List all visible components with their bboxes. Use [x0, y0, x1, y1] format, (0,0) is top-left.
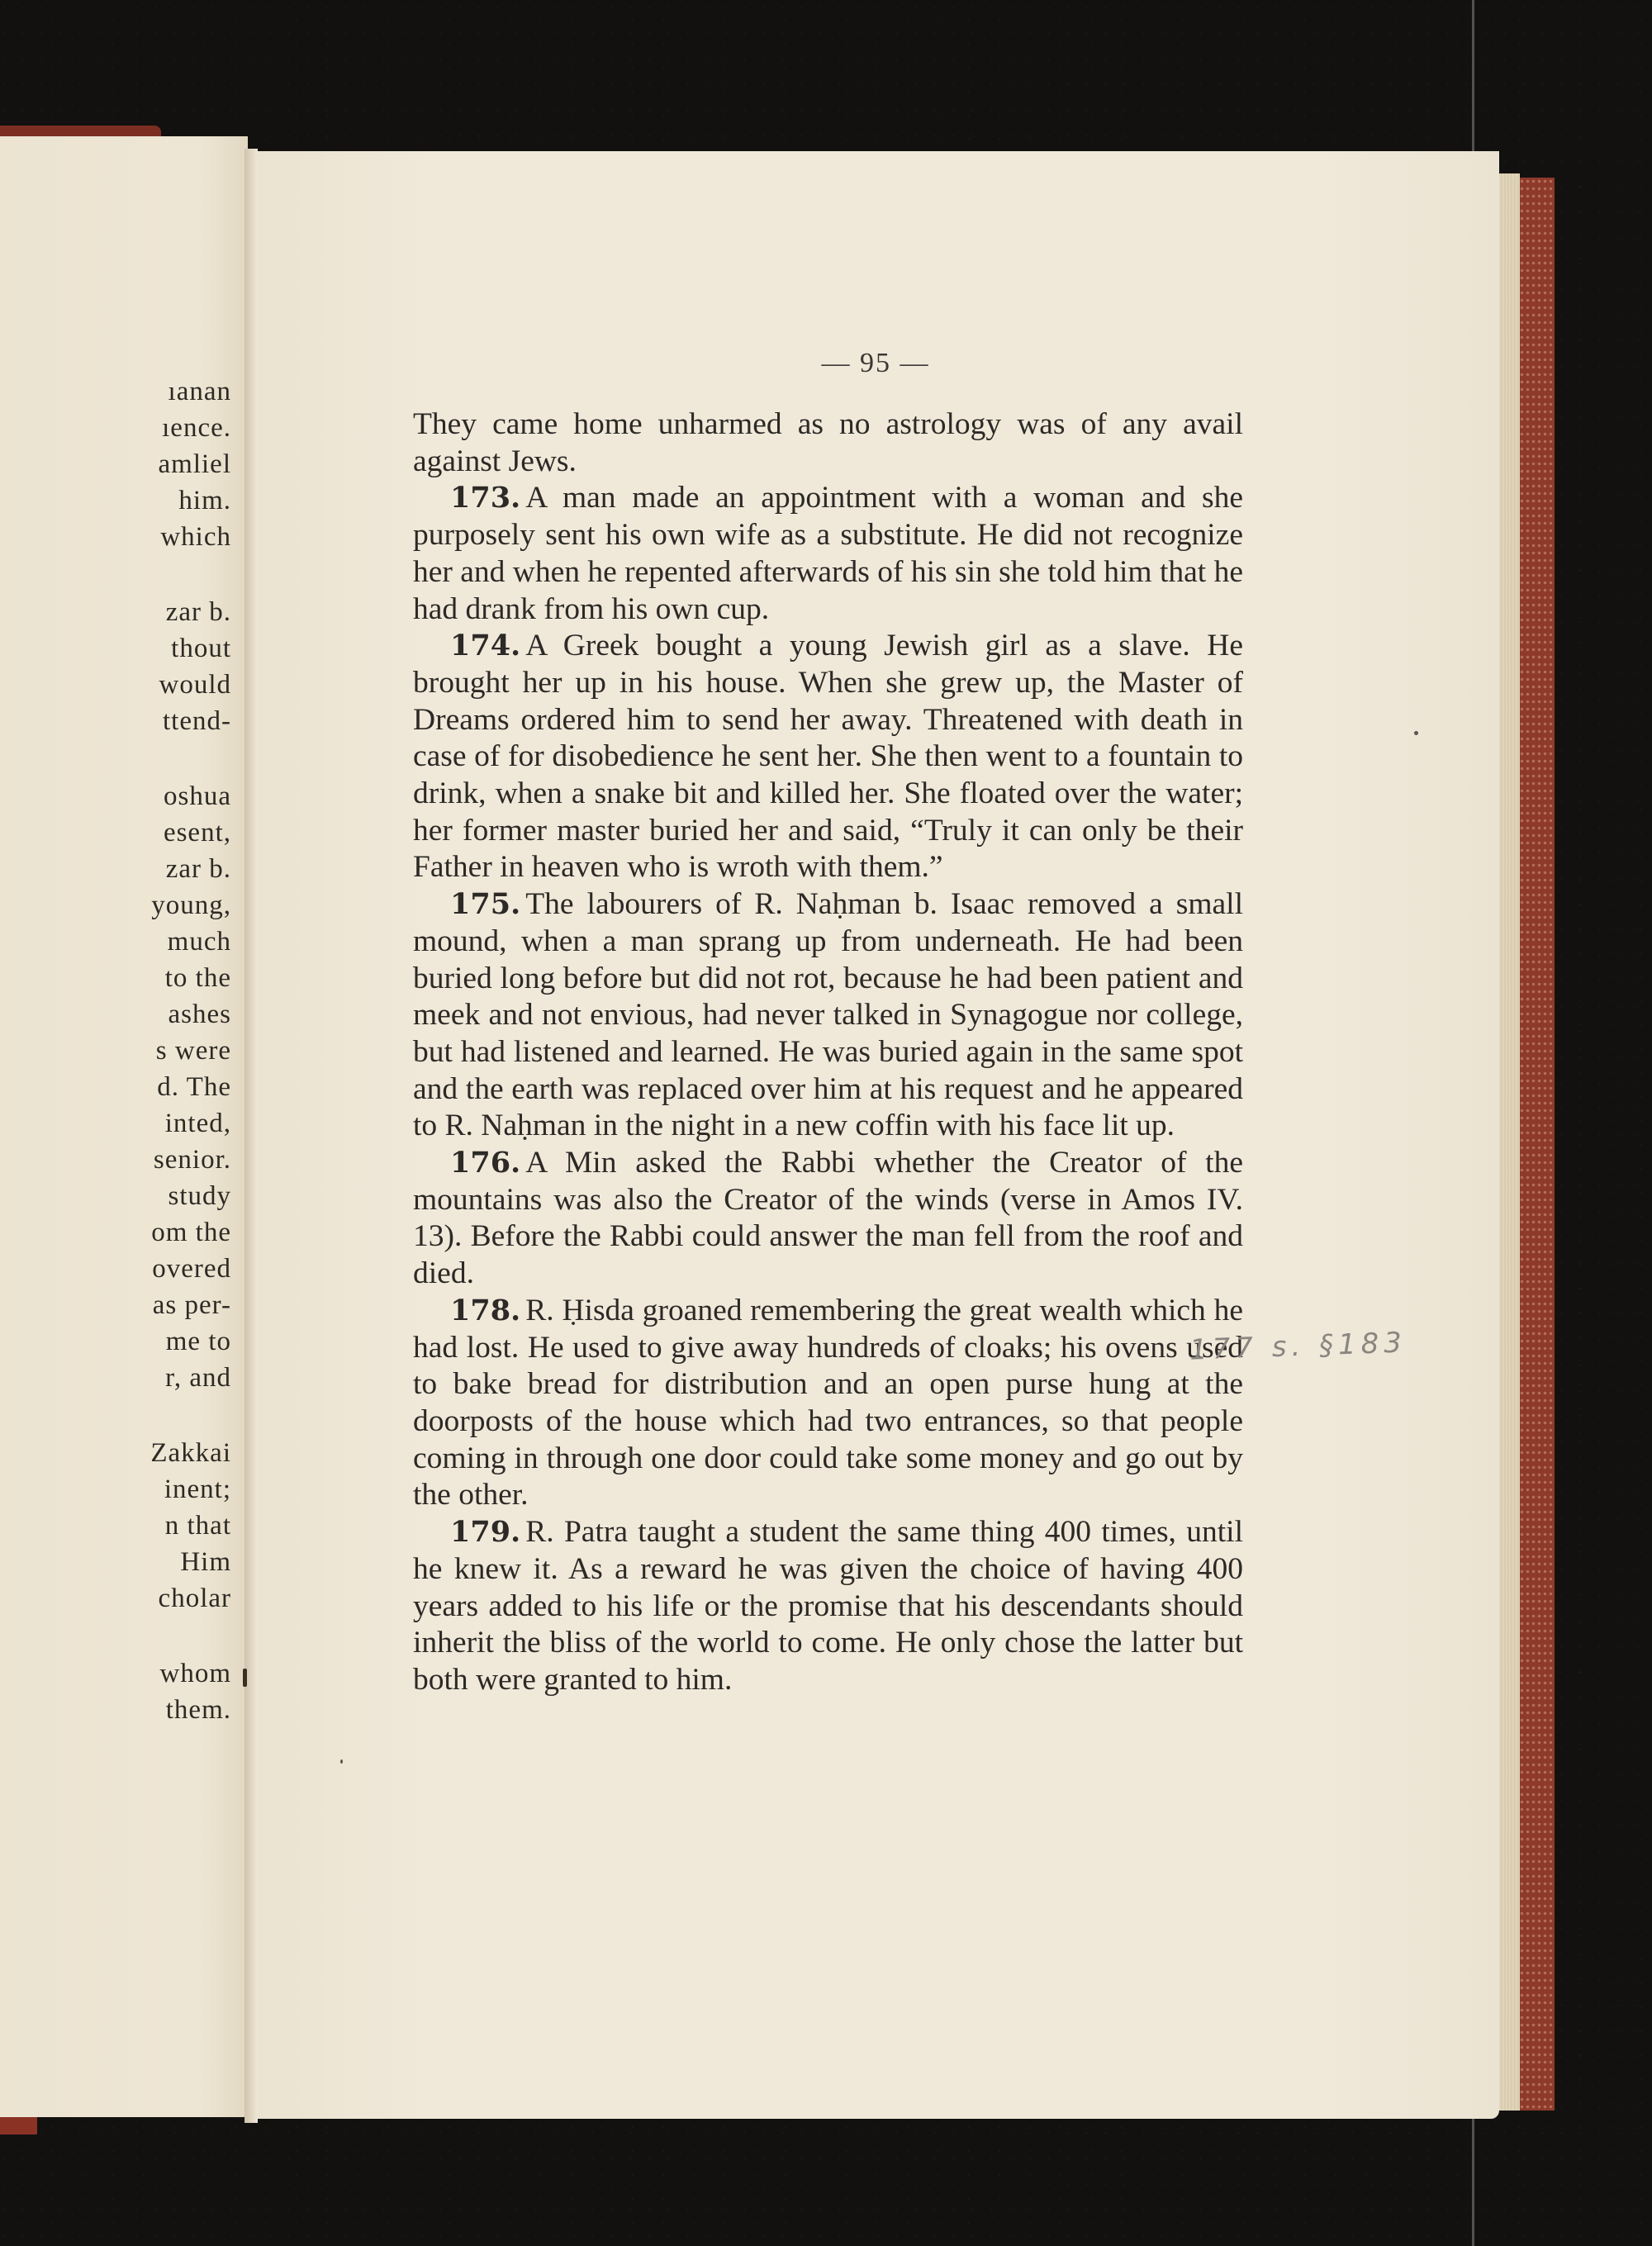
left-page-text-fragment: Him: [33, 1547, 231, 1578]
left-page-text-fragment: inent;: [33, 1474, 231, 1505]
entry-175: 175.The labourers of R. Naḥman b. Isaac …: [413, 886, 1243, 1145]
entry-176: 176.A Min asked the Rabbi whether the Cr…: [413, 1145, 1243, 1293]
left-page-text-fragment: him.: [33, 486, 231, 516]
paper-speck: [340, 1759, 343, 1764]
page-number: — 95 —: [252, 348, 1499, 379]
entry-174: 174.A Greek bought a young Jewish girl a…: [413, 628, 1243, 886]
left-page-text-fragment: to the: [33, 963, 231, 994]
left-page-text-fragment: which: [33, 522, 231, 553]
left-page-text-fragment: ashes: [33, 1000, 231, 1030]
left-page-text-fragment: Zakkai: [33, 1438, 231, 1469]
entry-179: 179.R. Patra taught a student the same t…: [413, 1514, 1243, 1699]
entry-text: A man made an appointment with a woman a…: [413, 481, 1243, 625]
left-page-text-fragment: me to: [33, 1327, 231, 1357]
entry-number: 176.: [450, 1146, 520, 1180]
left-page-text-fragment: esent,: [33, 818, 231, 848]
left-page-text-fragment: r, and: [33, 1363, 231, 1394]
entry-text: A Min asked the Rabbi whether the Creato…: [413, 1146, 1243, 1290]
entry-text: R. Patra taught a student the same thing…: [413, 1515, 1243, 1697]
left-cover-edge-bottom: [0, 2116, 37, 2134]
page-body-text: They came home unharmed as no astrology …: [413, 406, 1243, 1699]
left-page-text-fragment: study: [33, 1181, 231, 1212]
left-page-text-fragment: zar b.: [33, 854, 231, 885]
entry-text: A Greek bought a young Jewish girl as a …: [413, 629, 1243, 884]
left-page-text-fragment: them.: [33, 1695, 231, 1726]
entry-178: 178.R. Ḥisda groaned remembering the gre…: [413, 1293, 1243, 1514]
gutter-shadow: [244, 149, 258, 2123]
entry-number: 179.: [450, 1515, 520, 1549]
left-page-text-fragment: ıanan: [33, 377, 231, 407]
left-page: ıananıence.amlielhim.whichzar b.thoutwou…: [0, 136, 248, 2117]
left-page-text-fragment: ıence.: [33, 413, 231, 444]
left-page-text-fragment: n that: [33, 1511, 231, 1541]
entry-173: 173.A man made an appointment with a wom…: [413, 480, 1243, 628]
left-page-text-fragment: zar b.: [33, 597, 231, 628]
left-page-text-fragment: much: [33, 927, 231, 957]
left-page-text-fragment: whom: [33, 1659, 231, 1689]
entry-text: R. Ḥisda groaned remembering the great w…: [413, 1294, 1243, 1512]
left-page-text-fragment: ttend-: [33, 706, 231, 737]
entry-number: 175.: [450, 887, 520, 921]
left-page-text-fragment: young,: [33, 890, 231, 921]
page-block-edges: [1497, 173, 1520, 2111]
left-page-text-fragment: would: [33, 670, 231, 700]
paper-speck: [243, 1669, 247, 1687]
left-page-text-fragment: d. The: [33, 1072, 231, 1103]
left-page-text-fragment: inted,: [33, 1109, 231, 1139]
entry-number: 178.: [450, 1294, 520, 1327]
left-page-text-fragment: overed: [33, 1254, 231, 1284]
left-page-text-fragment: senior.: [33, 1145, 231, 1175]
left-page-text-fragment: amliel: [33, 449, 231, 480]
entry-number: 173.: [450, 481, 520, 515]
left-page-text-fragment: cholar: [33, 1584, 231, 1614]
left-page-text-fragment: s were: [33, 1036, 231, 1066]
paper-speck: [1414, 731, 1418, 735]
entry-number: 174.: [450, 629, 520, 662]
continuation-paragraph: They came home unharmed as no astrology …: [413, 406, 1243, 480]
left-page-text-fragment: as per-: [33, 1290, 231, 1321]
left-page-text-fragment: thout: [33, 634, 231, 664]
left-page-text-fragment: oshua: [33, 781, 231, 812]
left-page-text-fragment: om the: [33, 1218, 231, 1248]
entry-text: The labourers of R. Naḥman b. Isaac remo…: [413, 887, 1243, 1142]
